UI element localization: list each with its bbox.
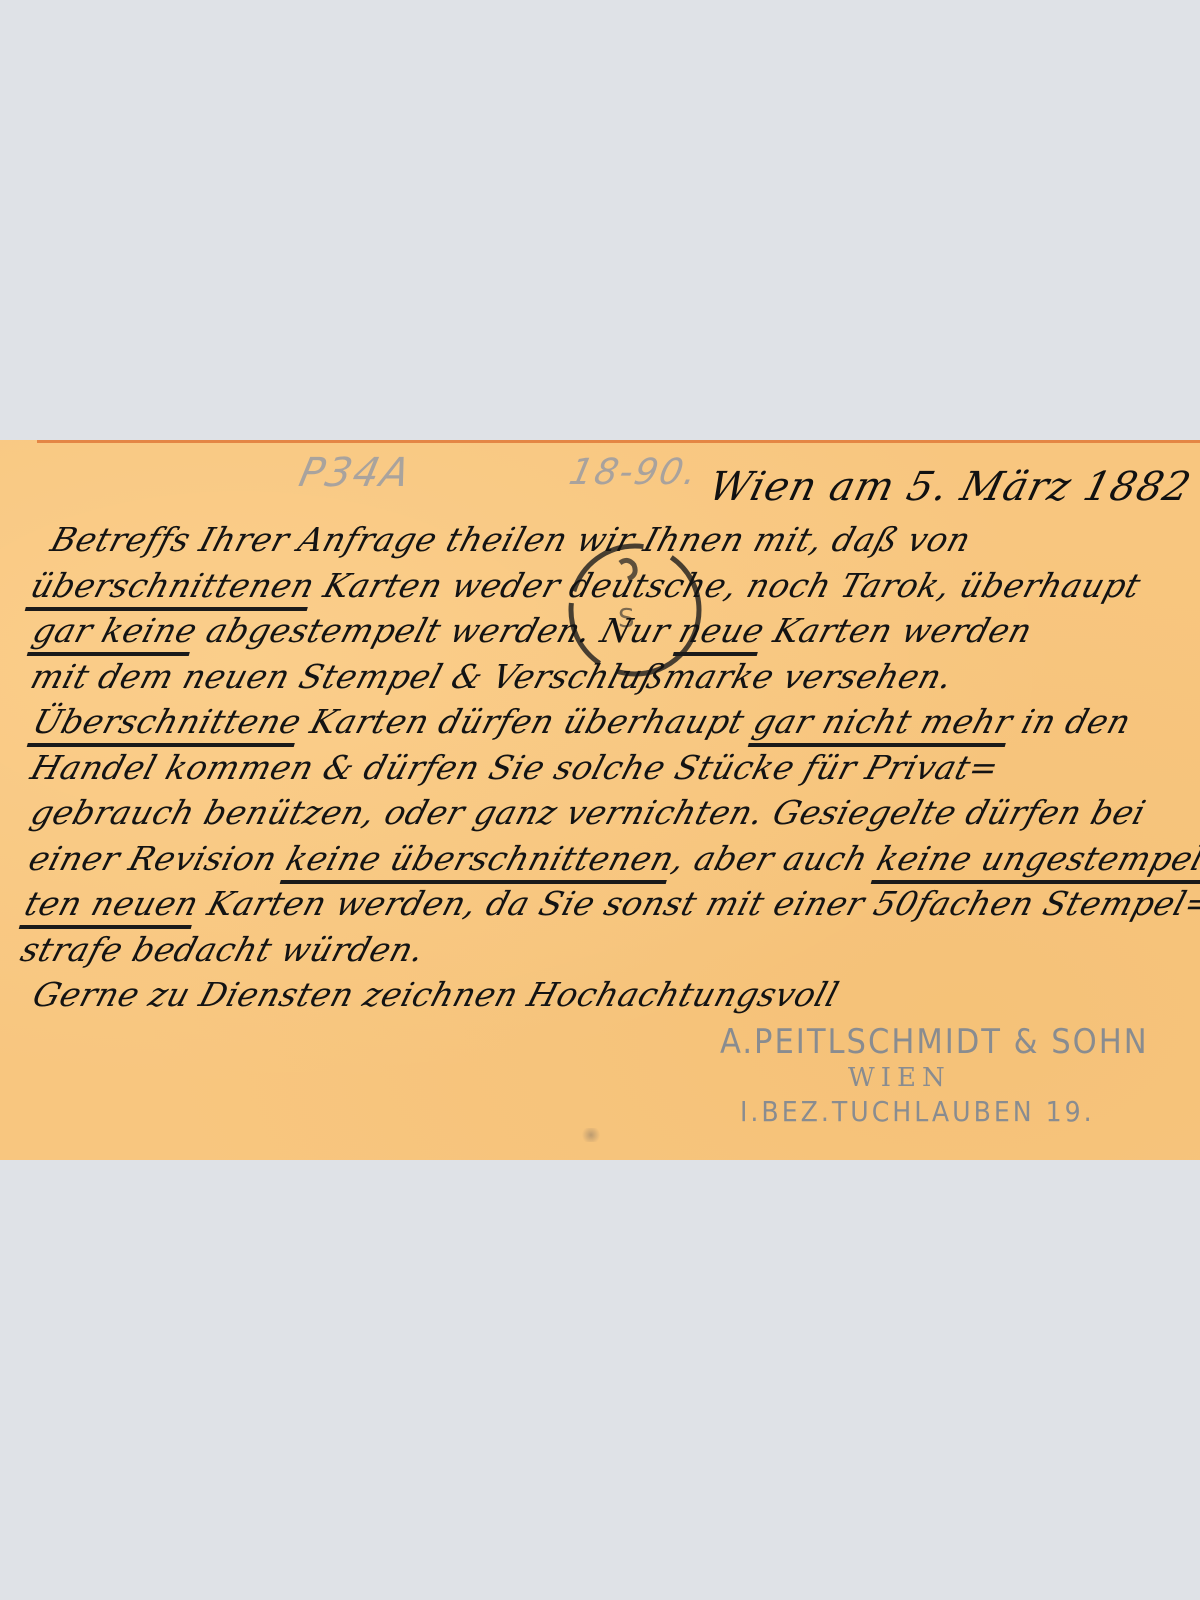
message-line: gar keine abgestempelt werden. Nur neue … xyxy=(28,611,1037,650)
message-line: Betreffs Ihrer Anfrage theilen wir Ihnen… xyxy=(46,520,975,559)
message-line: Gerne zu Diensten zeichnen Hochachtungsv… xyxy=(28,975,843,1014)
pencil-reference-note: P34A xyxy=(295,450,415,496)
sender-stamp-city: WIEN xyxy=(848,1063,951,1093)
message-line: mit dem neuen Stempel & Verschlußmarke v… xyxy=(26,657,957,696)
underlined-phrase: Überschnittene xyxy=(27,702,306,747)
ink-smudge xyxy=(580,1128,602,1142)
phrase: Karten weder deutsche, noch Tarok, überh… xyxy=(308,566,1145,605)
message-line: Handel kommen & dürfen Sie solche Stücke… xyxy=(26,748,1003,787)
underlined-phrase: ten neuen xyxy=(19,884,204,929)
phrase: in den xyxy=(1006,702,1135,741)
phrase: strafe bedacht würden. xyxy=(16,930,429,969)
message-line: überschnittenen Karten weder deutsche, n… xyxy=(26,566,1145,605)
phrase: Betreffs Ihrer Anfrage theilen wir Ihnen… xyxy=(46,520,975,559)
phrase: Karten werden xyxy=(758,611,1037,650)
underlined-phrase: neue xyxy=(673,611,769,656)
postcard-top-border-line xyxy=(37,440,1200,443)
phrase: abgestempelt werden. Nur xyxy=(191,611,686,650)
message-line: strafe bedacht würden. xyxy=(16,930,429,969)
message-line: einer Revision keine überschnittenen, ab… xyxy=(24,839,1200,878)
underlined-phrase: überschnittenen xyxy=(25,566,320,611)
message-line: gebrauch benützen, oder ganz vernichten.… xyxy=(26,793,1150,832)
sender-stamp-name: A.PEITLSCHMIDT & SOHN xyxy=(720,1022,1149,1062)
phrase: einer Revision xyxy=(24,839,292,878)
phrase: Handel kommen & dürfen Sie solche Stücke… xyxy=(26,748,1003,787)
postcard: P34A 18-90. Wien am 5. März 1882 S Betre… xyxy=(0,440,1200,1160)
message-line: Überschnittene Karten dürfen überhaupt g… xyxy=(28,702,1135,741)
phrase: Karten werden, da Sie sonst mit einer 50… xyxy=(192,884,1200,923)
underlined-phrase: gar keine xyxy=(27,611,202,656)
message-line: ten neuen Karten werden, da Sie sonst mi… xyxy=(20,884,1200,923)
phrase: gebrauch benützen, oder ganz vernichten.… xyxy=(26,793,1150,832)
phrase: Gerne zu Diensten zeichnen Hochachtungsv… xyxy=(28,975,843,1014)
sender-stamp-address: I.BEZ.TUCHLAUBEN 19. xyxy=(740,1095,1095,1128)
phrase: , aber auch xyxy=(668,839,884,878)
phrase: Karten dürfen überhaupt xyxy=(295,702,760,741)
dateline: Wien am 5. März 1882 xyxy=(704,464,1196,510)
pencil-date-note: 18-90. xyxy=(566,452,703,493)
phrase: mit dem neuen Stempel & Verschlußmarke v… xyxy=(26,657,957,696)
underlined-phrase: keine ungestempel= xyxy=(871,839,1200,884)
underlined-phrase: gar nicht mehr xyxy=(747,702,1017,747)
underlined-phrase: keine überschnittenen xyxy=(280,839,679,884)
